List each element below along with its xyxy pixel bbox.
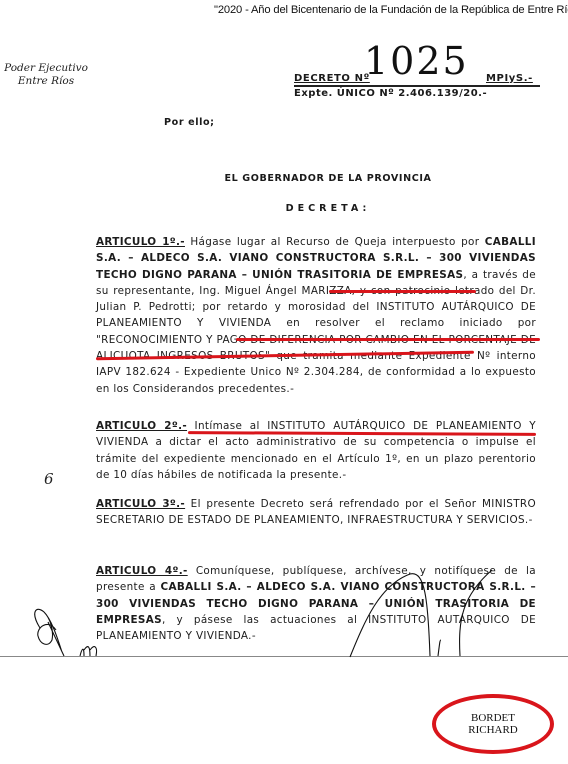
letterhead-line-2: Entre Ríos bbox=[0, 75, 92, 88]
article-heading: ARTICULO 2º.- bbox=[96, 420, 187, 432]
letterhead: Poder Ejecutivo Entre Ríos bbox=[0, 62, 92, 88]
left-signature-icon bbox=[35, 609, 64, 656]
expediente-number: Expte. ÚNICO Nº 2.406.139/20.- bbox=[294, 88, 487, 99]
article-2: ARTICULO 2º.- Intímase al INSTITUTO AUTÁ… bbox=[96, 418, 536, 483]
decreto-label: DECRETO Nº bbox=[294, 73, 370, 84]
article-text: , y pásese las actuaciones al INSTITUTO … bbox=[96, 614, 536, 642]
por-ello: Por ello; bbox=[164, 117, 215, 128]
margin-handwritten-mark: 6 bbox=[44, 470, 54, 488]
stamp-given-name: RICHARD bbox=[432, 724, 554, 736]
highlight-reclamo-line1 bbox=[236, 338, 540, 341]
article-text: Hágase lugar al Recurso de Queja interpu… bbox=[185, 236, 485, 248]
ministry-code: MPIyS.- bbox=[486, 73, 533, 84]
article-heading: ARTICULO 4º.- bbox=[96, 565, 188, 577]
article-3: ARTICULO 3º.- El presente Decreto será r… bbox=[96, 496, 536, 529]
stamp-surname: BORDET bbox=[432, 712, 554, 724]
commemorative-motto: "2020 - Año del Bicentenario de la Funda… bbox=[214, 4, 568, 16]
initials-icon bbox=[80, 647, 97, 656]
article-4: ARTICULO 4º.- Comuníquese, publíquese, a… bbox=[96, 563, 536, 644]
article-heading: ARTICULO 3º.- bbox=[96, 498, 185, 510]
name-stamp-text: BORDET RICHARD bbox=[432, 712, 554, 736]
authority-heading: EL GOBERNADOR DE LA PROVINCIA bbox=[0, 173, 568, 184]
decreto-underline bbox=[294, 85, 540, 87]
decreta-heading: DECRETA: bbox=[0, 203, 568, 214]
highlight-marizza bbox=[329, 290, 476, 293]
decreta-heading-text: DECRETA: bbox=[286, 203, 371, 214]
decreto-label-line: DECRETO Nº MPIyS.- bbox=[294, 73, 540, 84]
article-heading: ARTICULO 1º.- bbox=[96, 236, 185, 248]
letterhead-line-1: Poder Ejecutivo bbox=[0, 62, 92, 75]
signature-line bbox=[0, 656, 568, 657]
article-1: ARTICULO 1º.- Hágase lugar al Recurso de… bbox=[96, 234, 536, 397]
authority-heading-text: EL GOBERNADOR DE LA PROVINCIA bbox=[224, 173, 431, 184]
